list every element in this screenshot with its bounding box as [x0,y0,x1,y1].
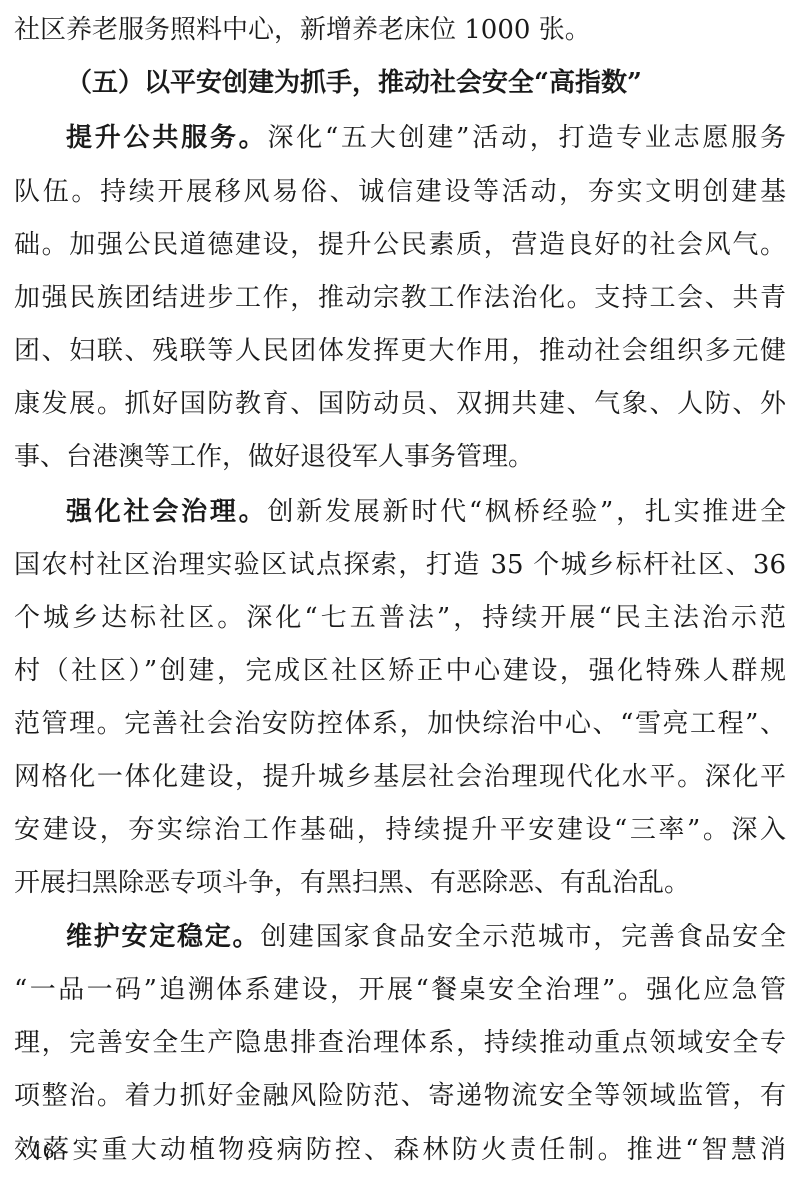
body-line: 范管理。完善社会治安防控体系，加快综治中心、“雪亮工程”、 [14,698,786,750]
body-line: 项整治。着力抓好金融风险防范、寄递物流安全等领域监管，有 [14,1070,786,1122]
document-page: 社区养老服务照料中心，新增养老床位 1000 张。 （五）以平安创建为抓手，推动… [0,0,800,1184]
paragraph-lead-line: 维护安定稳定。创建国家食品安全示范城市，完善食品安全 [66,911,786,963]
paragraph-lead-line: 强化社会治理。创新发展新时代“枫桥经验”，扎实推进全 [66,486,786,538]
body-line: 加强民族团结进步工作，推动宗教工作法治化。支持工会、共青 [14,272,786,324]
paragraph-lead-text: 创建国家食品安全示范城市，完善食品安全 [260,922,786,952]
paragraph-lead-title: 强化社会治理。 [66,497,267,527]
paragraph-lead-text: 深化“五大创建”活动，打造专业志愿服务 [267,123,786,153]
paragraph-lead-text: 创新发展新时代“枫桥经验”，扎实推进全 [267,497,786,527]
body-line: 社区养老服务照料中心，新增养老床位 1000 张。 [14,4,786,56]
body-line: 个城乡达标社区。深化“七五普法”，持续开展“民主法治示范 [14,592,786,644]
paragraph-lead-line: 提升公共服务。深化“五大创建”活动，打造专业志愿服务 [66,112,786,164]
body-line: 团、妇联、残联等人民团体发挥更大作用，推动社会组织多元健 [14,325,786,377]
body-line: 国农村社区治理实验区试点探索，打造 35 个城乡标杆社区、36 [14,539,786,591]
body-line: 安建设，夯实综治工作基础，持续提升平安建设“三率”。深入 [14,804,786,856]
body-line: 事、台港澳等工作，做好退役军人事务管理。 [14,431,786,483]
body-line: 开展扫黑除恶专项斗争，有黑扫黑、有恶除恶、有乱治乱。 [14,857,786,909]
body-line: 网格化一体化建设，提升城乡基层社会治理现代化水平。深化平 [14,751,786,803]
body-line: 效落实重大动植物疫病防控、森林防火责任制。推进“智慧消 [14,1124,786,1176]
body-line: 康发展。抓好国防教育、国防动员、双拥共建、气象、人防、外 [14,378,786,430]
body-line: 础。加强公民道德建设，提升公民素质，营造良好的社会风气。 [14,219,786,271]
body-line: 理，完善安全生产隐患排查治理体系，持续推动重点领域安全专 [14,1017,786,1069]
paragraph-lead-title: 维护安定稳定。 [66,922,260,952]
paragraph-lead-title: 提升公共服务。 [66,123,267,153]
section-heading: （五）以平安创建为抓手，推动社会安全“高指数” [66,57,786,109]
body-line: 队伍。持续开展移风易俗、诚信建设等活动，夯实文明创建基 [14,166,786,218]
body-line: 村（社区）”创建，完成区社区矫正中心建设，强化特殊人群规 [14,645,786,697]
body-line: “一品一码”追溯体系建设，开展“餐桌安全治理”。强化应急管 [14,964,786,1016]
page-number: 16 [32,1136,54,1166]
